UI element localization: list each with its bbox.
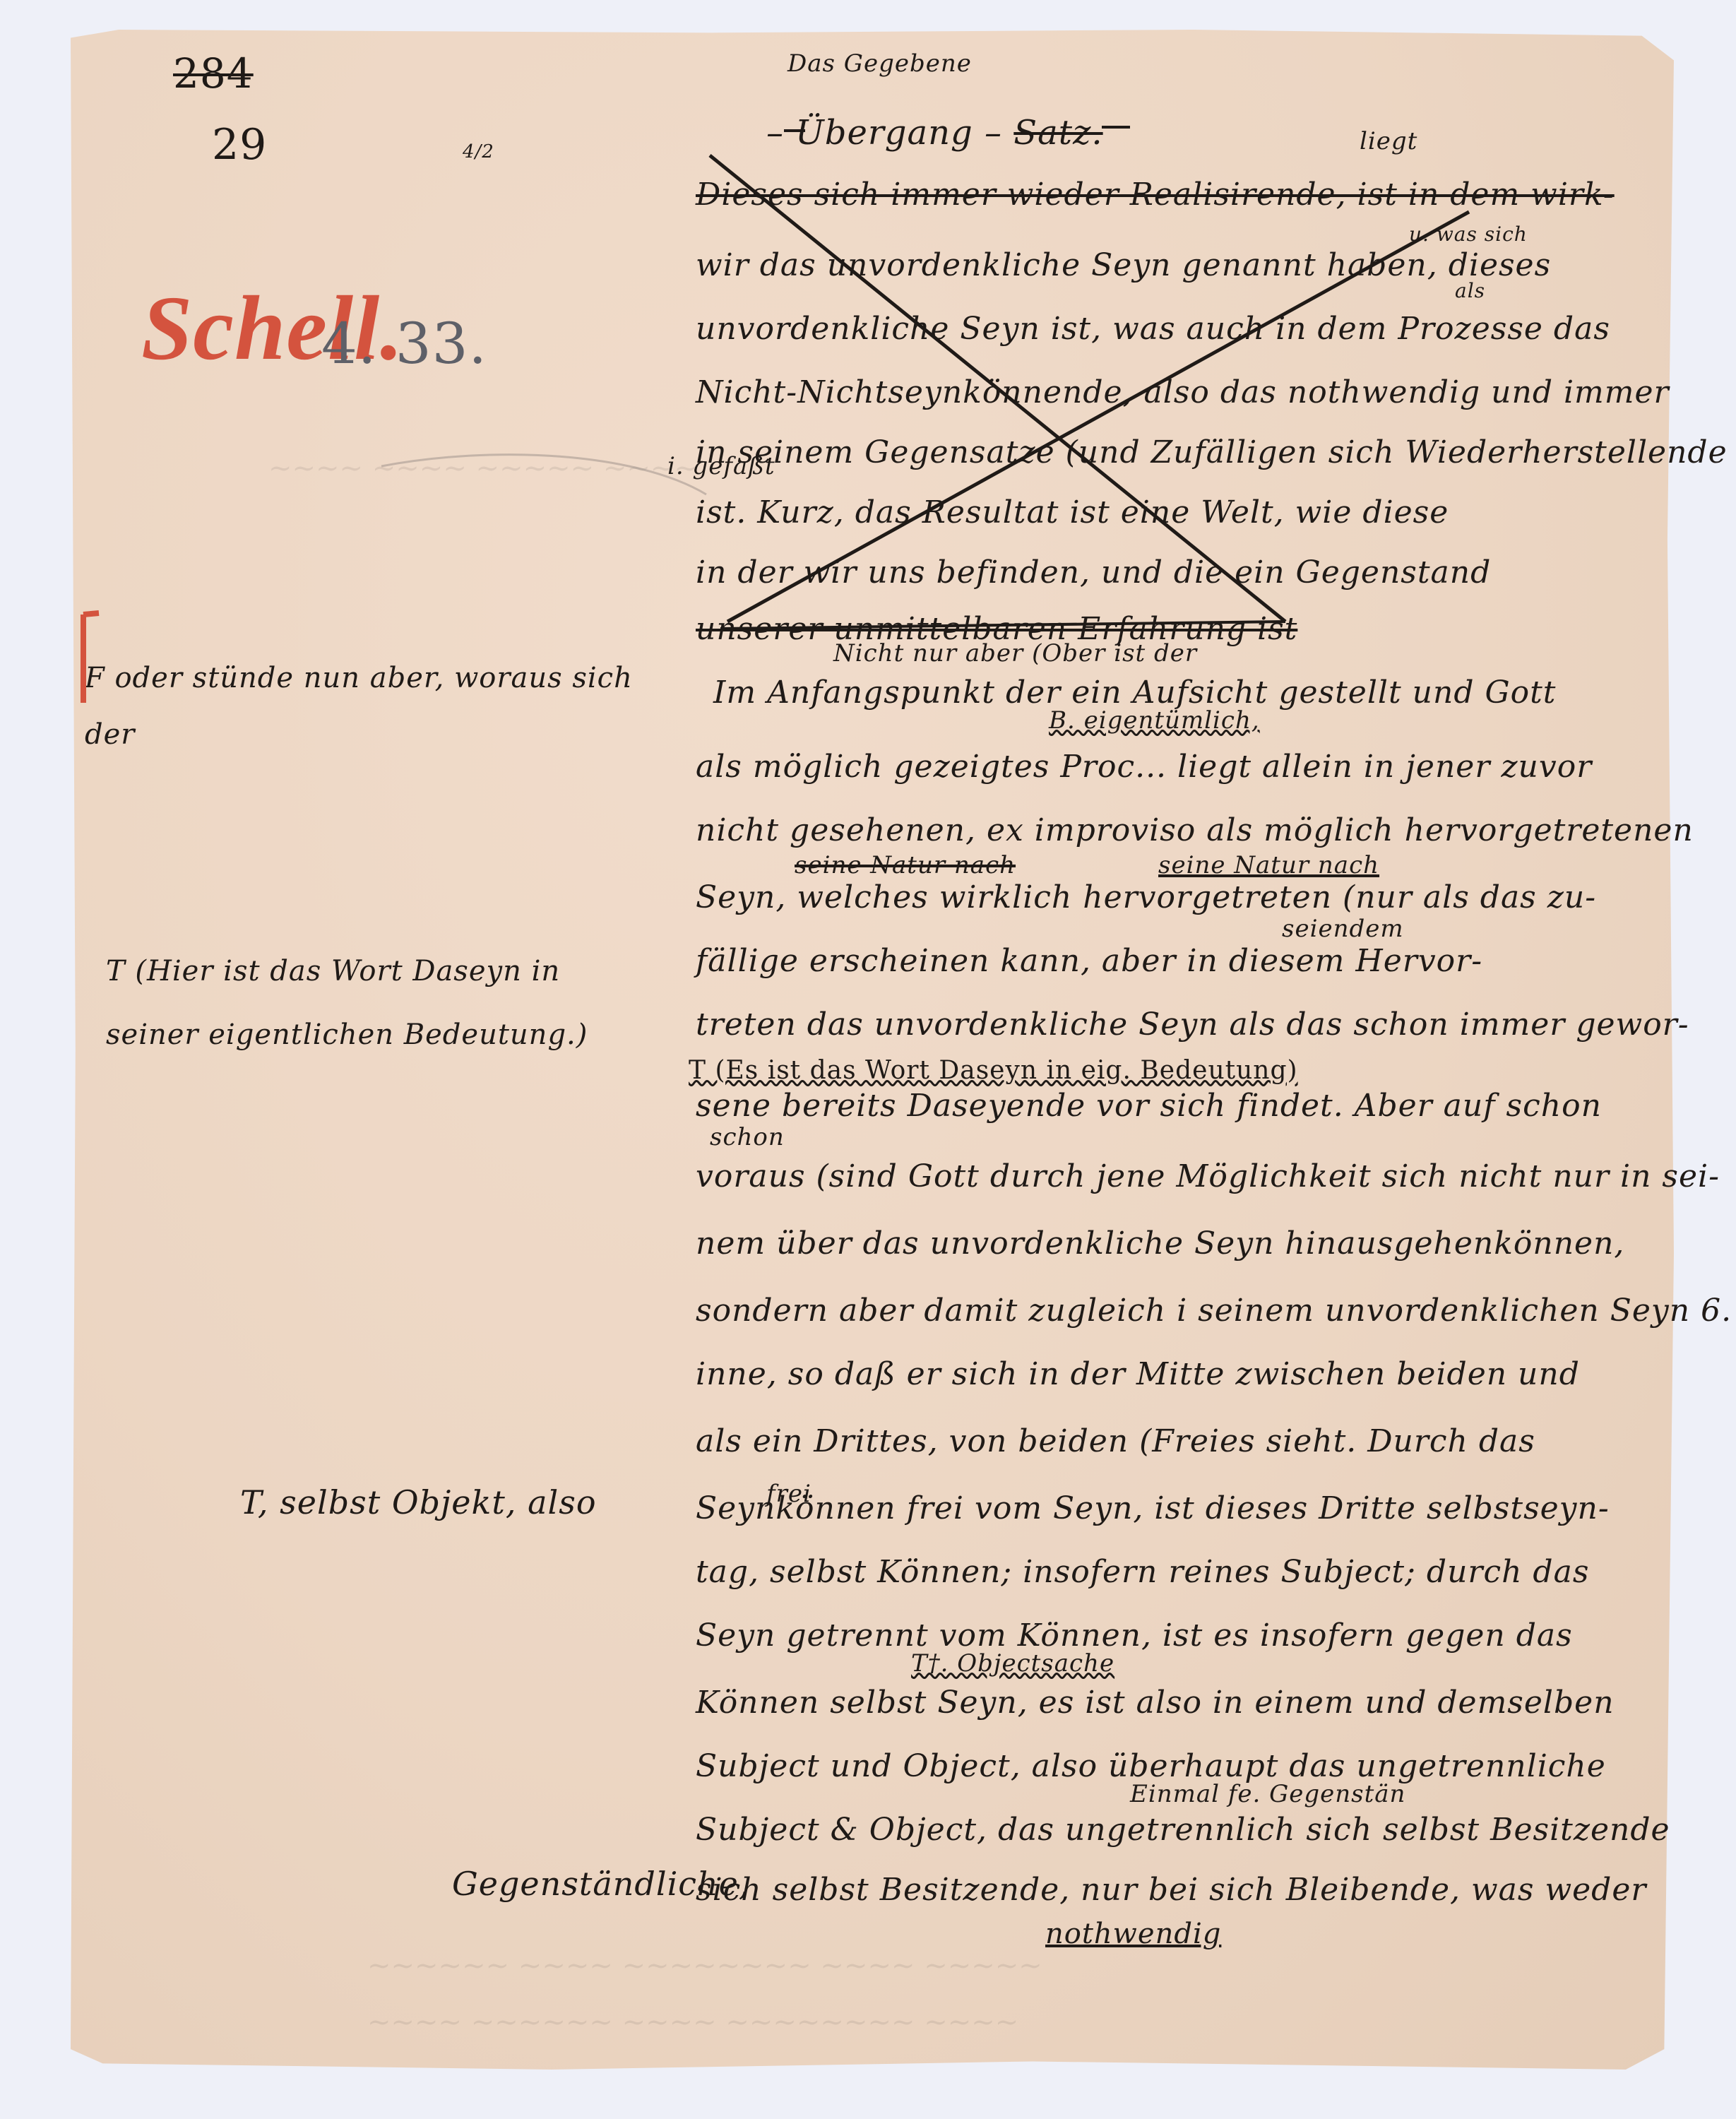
text-line-21: als ein Drittes, von beiden (Freies sieh… (696, 1423, 1535, 1459)
text-line-11: als möglich gezeigtes Proc... liegt alle… (696, 749, 1592, 785)
pencil-shelfmark: 4. 33. (321, 311, 487, 376)
text-line-1: Dieses sich immer wieder Realisirende, i… (696, 177, 1615, 213)
text-line-16: sene bereits Daseyende vor sich findet. … (696, 1088, 1602, 1124)
text-line-22: Seynkönnen frei vom Seyn, ist dieses Dri… (696, 1490, 1610, 1526)
text-line-6: ist. Kurz, das Resultat ist eine Welt, w… (696, 494, 1449, 530)
margin-note-T2: T, selbst Objekt, also (240, 1483, 597, 1521)
text-line-25: Können selbst Seyn, es ist also in einem… (696, 1685, 1615, 1721)
insertion: liegt (1360, 127, 1417, 155)
struck-insertion: seine Natur nach (795, 851, 1016, 879)
text-line-24: Seyn getrennt vom Können, ist es insofer… (696, 1618, 1573, 1654)
text-line-13: Seyn, welches wirklich hervorgetreten (n… (696, 879, 1596, 915)
heading-insertion: Das Gegebene (787, 49, 972, 78)
text-line-15: treten das unvordenkliche Seyn als das s… (696, 1007, 1689, 1043)
insertion: T†. Objectsache (911, 1649, 1114, 1678)
insertion-nothwendig: nothwendig (1045, 1918, 1221, 1950)
bleed-through-text: ~~~~~~ ~~~~ ~~~~~~~~ ~~~~ ~~~~~ (367, 1949, 1042, 1982)
heading: – Übergang – Satz. (766, 113, 1103, 153)
margin-note-gegenstaendliche: Gegenständliche, (452, 1865, 750, 1903)
text-line-23: tag, selbst Können; insofern reines Subj… (696, 1554, 1589, 1590)
bleed-through-text: ~~~~ ~~~~~~ ~~~~ ~~~~~~~~ ~~~~ (367, 2006, 1018, 2038)
text-line-12: nicht gesehenen, ex improviso als möglic… (696, 812, 1694, 848)
insertion: B. eigentümlich, (1049, 706, 1260, 735)
insertion: u. was sich (1409, 222, 1528, 246)
text-line-10: Im Anfangspunkt der ein Aufsicht gestell… (713, 675, 1556, 711)
text-line-20: inne, so daß er sich in der Mitte zwisch… (696, 1356, 1580, 1392)
margin-mark: 4/2 (463, 141, 494, 162)
heading-struck-text: Satz. (1013, 113, 1102, 153)
text-line-27: Subject & Object, das ungetrennlich sich… (696, 1812, 1670, 1848)
text-line-2: wir das unvordenkliche Seyn genannt habe… (696, 247, 1551, 283)
insertion: als (1455, 279, 1485, 302)
text-line-4: Nicht-Nichtseynkönnende, also das nothwe… (696, 374, 1670, 410)
text-line-18: nem über das unvordenkliche Seyn hinausg… (696, 1225, 1624, 1262)
text-line-3: unvordenkliche Seyn ist, was auch in dem… (696, 311, 1610, 347)
bleed-through-text: ~~~~ ~~~~ ~~~~~ ~~~~ (268, 452, 698, 485)
struck-interlinear-note: T (Es ist das Wort Daseyn in eig. Bedeut… (689, 1056, 1298, 1085)
insertion: seine Natur nach (1158, 851, 1379, 879)
insertion: Einmal fe. Gegenstän (1130, 1780, 1405, 1808)
text-line-19: sondern aber damit zugleich i seinem unv… (696, 1293, 1732, 1329)
text-line-7: in der wir uns befinden, und die ein Geg… (696, 554, 1491, 590)
text-line-17: voraus (sind Gott durch jene Möglichkeit… (696, 1158, 1720, 1194)
insertion: schon (710, 1123, 785, 1151)
margin-note-F: F oder stünde nun aber, woraus sich der (85, 650, 636, 763)
insertion: seiendem (1282, 915, 1404, 943)
heading-text: – Übergang – (766, 113, 1002, 153)
folio-number: 29 (212, 120, 267, 170)
margin-note-T1: T (Hier ist das Wort Daseyn in seiner ei… (106, 939, 657, 1067)
old-folio-number: 284 (173, 49, 254, 97)
text-line-9: Nicht nur aber (Ober ist der (833, 639, 1197, 667)
text-line-14: fällige erscheinen kann, aber in diesem … (696, 943, 1482, 979)
text-line-28: sich selbst Besitzende, nur bei sich Ble… (696, 1872, 1646, 1908)
text-line-5: in seinem Gegensatze (und Zufälligen sic… (696, 434, 1728, 470)
text-line-26: Subject und Object, also überhaupt das u… (696, 1748, 1606, 1784)
insertion: frei (766, 1480, 811, 1508)
